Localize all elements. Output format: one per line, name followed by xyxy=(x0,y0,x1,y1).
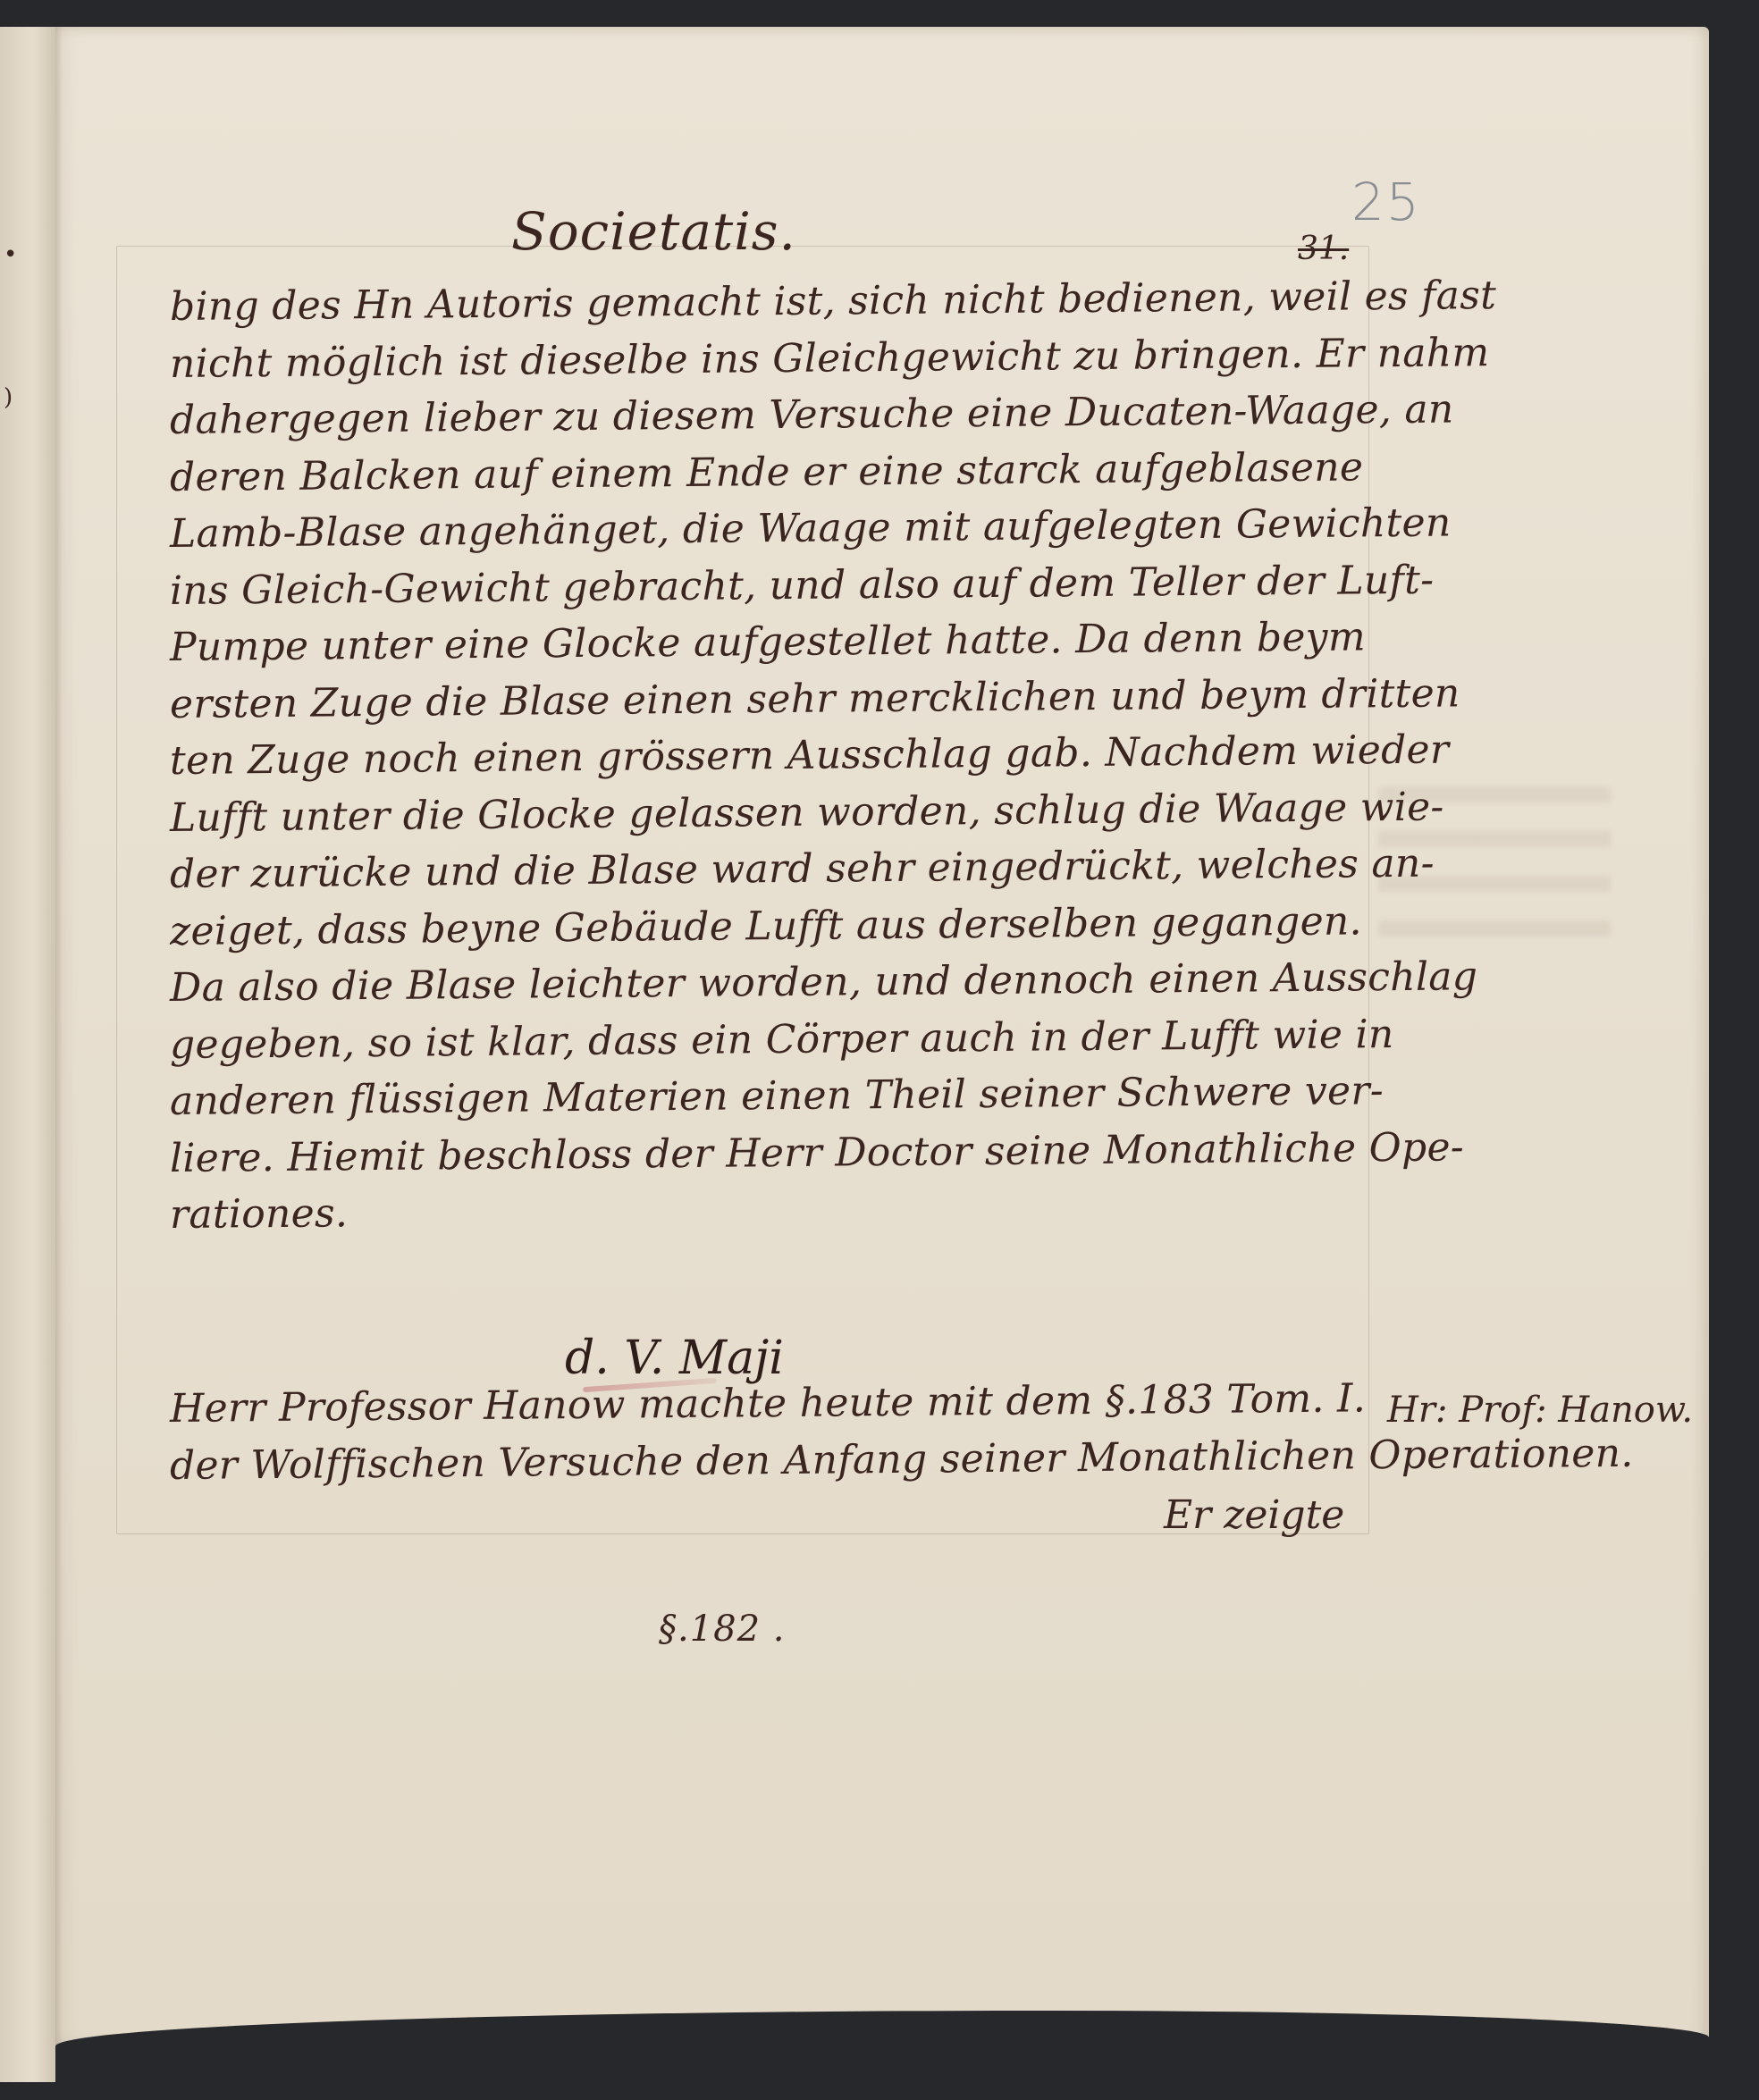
text-line: bing des Hn Autoris gemacht ist, sich ni… xyxy=(170,268,1386,335)
text-line: Lamb-Blase angehänget, die Waage mit auf… xyxy=(170,495,1386,562)
text-line: Lufft unter die Glocke gelassen worden, … xyxy=(170,779,1386,846)
text-line: Da also die Blase leichter worden, und d… xyxy=(170,949,1386,1016)
text-line: Herr Professor Hanow machte heute mit de… xyxy=(170,1370,1404,1438)
page-heading: Societatis. xyxy=(511,201,796,262)
spine-ink-mark: ) xyxy=(4,384,13,411)
main-entry-text: bing des Hn Autoris gemacht ist, sich ni… xyxy=(170,279,1385,1244)
text-line: gegeben, so ist klar, dass ein Cörper au… xyxy=(170,1006,1386,1073)
text-line: liere. Hiemit beschloss der Herr Doctor … xyxy=(170,1120,1386,1187)
margin-note: Hr: Prof: Hanow. xyxy=(1387,1390,1693,1431)
text-line: ins Gleich-Gewicht gebracht, und also au… xyxy=(170,552,1386,619)
text-line: ten Zuge noch einen grössern Ausschlag g… xyxy=(170,722,1386,789)
page-bottom-edge xyxy=(55,2011,1709,2100)
text-line: dahergegen lieber zu diesem Versuche ein… xyxy=(170,382,1386,449)
struck-page-number: 31. xyxy=(1298,231,1349,267)
text-line: der zurücke und die Blase ward sehr eing… xyxy=(170,836,1386,903)
text-line: rationes. xyxy=(170,1176,1386,1243)
left-page-edge: • ) xyxy=(0,27,57,2082)
second-entry-text: Herr Professor Hanow machte heute mit de… xyxy=(170,1381,1403,1495)
spine-ink-mark: • xyxy=(4,241,17,268)
section-reference: §.182 . xyxy=(659,1609,786,1650)
folio-number: 25 xyxy=(1351,172,1421,232)
catchword: Er zeigte xyxy=(1164,1492,1344,1538)
manuscript-page: 25 31. Societatis. bing des Hn Autoris g… xyxy=(55,27,1709,2046)
text-line: deren Balcken auf einem Ende er eine sta… xyxy=(170,439,1386,506)
text-line: ersten Zuge die Blase einen sehr merckli… xyxy=(170,666,1386,733)
page-gutter-shadow xyxy=(55,27,63,2046)
text-line: zeiget, dass beyne Gebäude Lufft aus der… xyxy=(170,893,1386,960)
text-line: der Wolffischen Versuche den Anfang sein… xyxy=(170,1427,1404,1495)
text-line: anderen flüssigen Materien einen Theil s… xyxy=(170,1063,1386,1130)
text-line: nicht möglich ist dieselbe ins Gleichgew… xyxy=(170,325,1386,392)
text-line: Pumpe unter eine Glocke aufgestellet hat… xyxy=(170,609,1386,676)
